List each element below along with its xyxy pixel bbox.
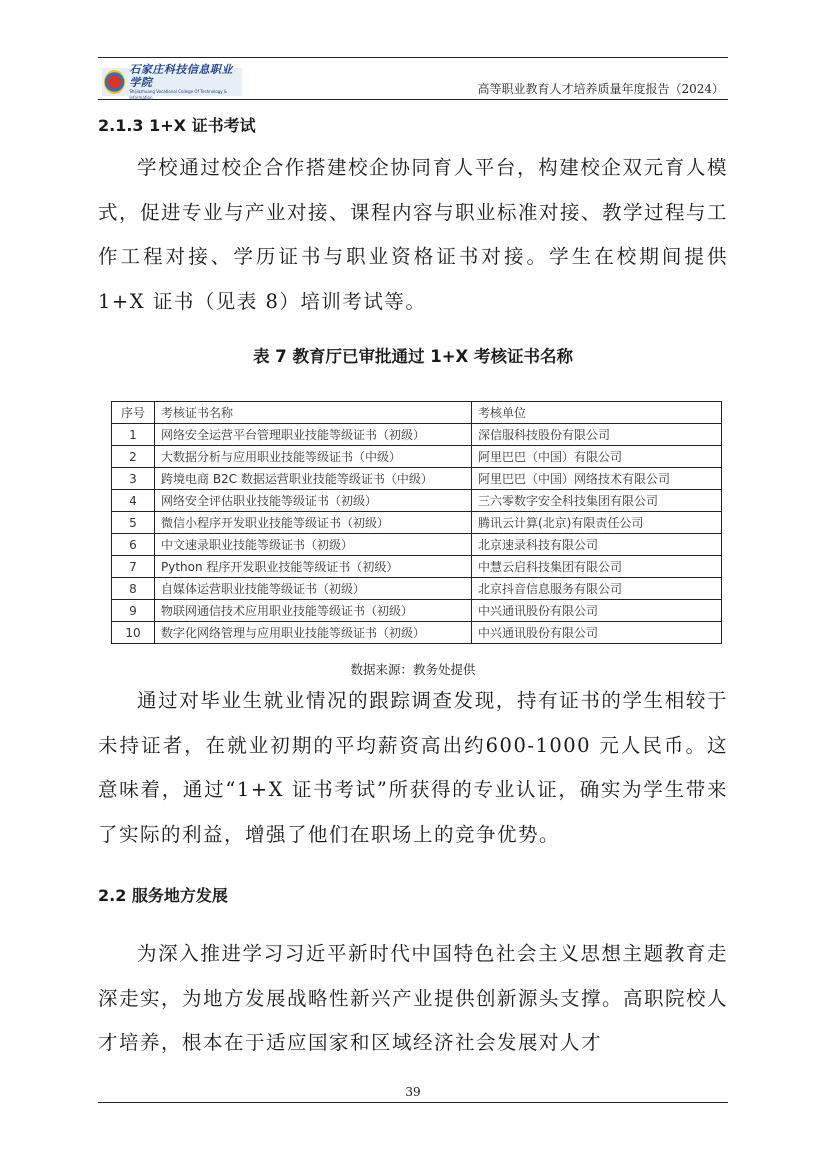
table-row: 10数字化网络管理与应用职业技能等级证书（初级）中兴通讯股份有限公司 — [112, 622, 722, 644]
cell-unit: 中兴通讯股份有限公司 — [472, 600, 722, 622]
cell-unit: 深信服科技股份有限公司 — [472, 424, 722, 446]
table-row: 4网络安全评估职业技能等级证书（初级）三六零数字安全科技集团有限公司 — [112, 490, 722, 512]
table-header-row: 序号 考核证书名称 考核单位 — [112, 402, 722, 424]
section-2-1-3-paragraph: 学校通过校企合作搭建校企协同育人平台，构建校企双元育人模式，促进专业与产业对接、… — [98, 146, 728, 324]
header-assessment-unit: 考核单位 — [472, 402, 722, 424]
cell-certificate: 大数据分析与应用职业技能等级证书（中级） — [155, 446, 472, 468]
table-row: 9物联网通信技术应用职业技能等级证书（初级）中兴通讯股份有限公司 — [112, 600, 722, 622]
cell-index: 3 — [112, 468, 155, 490]
cell-certificate: 微信小程序开发职业技能等级证书（初级） — [155, 512, 472, 534]
cell-index: 7 — [112, 556, 155, 578]
cell-unit: 北京抖音信息服务有限公司 — [472, 578, 722, 600]
cell-certificate: Python 程序开发职业技能等级证书（初级） — [155, 556, 472, 578]
page-number: 39 — [98, 1085, 728, 1099]
table-caption: 表 7 教育厅已审批通过 1+X 考核证书名称 — [98, 343, 728, 367]
report-title: 高等职业教育人才培养质量年度报告（2024） — [477, 80, 724, 97]
cell-unit: 北京速录科技有限公司 — [472, 534, 722, 556]
cell-unit: 中兴通讯股份有限公司 — [472, 622, 722, 644]
cell-index: 8 — [112, 578, 155, 600]
college-emblem-icon — [104, 70, 125, 94]
college-logo: 石家庄科技信息职业学院 Shijiazhuang Vocational Coll… — [102, 68, 242, 96]
cell-certificate: 中文速录职业技能等级证书（初级） — [155, 534, 472, 556]
header-top-rule — [98, 57, 728, 58]
section-heading-2-1-3: 2.1.3 1+X 证书考试 — [98, 113, 256, 136]
cell-index: 2 — [112, 446, 155, 468]
header-index: 序号 — [112, 402, 155, 424]
table-source-note: 数据来源：教务处提供 — [98, 660, 728, 678]
cell-unit: 阿里巴巴（中国）有限公司 — [472, 446, 722, 468]
cell-index: 9 — [112, 600, 155, 622]
cell-unit: 腾讯云计算(北京)有限责任公司 — [472, 512, 722, 534]
cell-index: 4 — [112, 490, 155, 512]
salary-paragraph: 通过对毕业生就业情况的跟踪调查发现，持有证书的学生相较于未持证者，在就业初期的平… — [98, 679, 728, 857]
table-row: 6中文速录职业技能等级证书（初级）北京速录科技有限公司 — [112, 534, 722, 556]
header-bottom-rule — [98, 99, 728, 100]
cell-certificate: 物联网通信技术应用职业技能等级证书（初级） — [155, 600, 472, 622]
cell-certificate: 跨境电商 B2C 数据运营职业技能等级证书（中级） — [155, 468, 472, 490]
table-row: 2大数据分析与应用职业技能等级证书（中级）阿里巴巴（中国）有限公司 — [112, 446, 722, 468]
table-row: 8自媒体运营职业技能等级证书（初级）北京抖音信息服务有限公司 — [112, 578, 722, 600]
footer-rule — [98, 1102, 728, 1103]
table-row: 5微信小程序开发职业技能等级证书（初级）腾讯云计算(北京)有限责任公司 — [112, 512, 722, 534]
section-2-2-paragraph: 为深入推进学习习近平新时代中国特色社会主义思想主题教育走深走实，为地方发展战略性… — [98, 932, 728, 1066]
table-row: 7Python 程序开发职业技能等级证书（初级）中慧云启科技集团有限公司 — [112, 556, 722, 578]
cell-index: 10 — [112, 622, 155, 644]
cell-certificate: 数字化网络管理与应用职业技能等级证书（初级） — [155, 622, 472, 644]
cell-unit: 中慧云启科技集团有限公司 — [472, 556, 722, 578]
logo-chinese-name: 石家庄科技信息职业学院 — [129, 63, 242, 89]
cell-unit: 阿里巴巴（中国）网络技术有限公司 — [472, 468, 722, 490]
cell-index: 6 — [112, 534, 155, 556]
page-header: 石家庄科技信息职业学院 Shijiazhuang Vocational Coll… — [98, 66, 728, 98]
header-certificate-name: 考核证书名称 — [155, 402, 472, 424]
cell-unit: 三六零数字安全科技集团有限公司 — [472, 490, 722, 512]
cell-certificate: 网络安全运营平台管理职业技能等级证书（初级） — [155, 424, 472, 446]
cell-certificate: 自媒体运营职业技能等级证书（初级） — [155, 578, 472, 600]
cell-index: 1 — [112, 424, 155, 446]
table-row: 1网络安全运营平台管理职业技能等级证书（初级）深信服科技股份有限公司 — [112, 424, 722, 446]
certificate-table: 序号 考核证书名称 考核单位 1网络安全运营平台管理职业技能等级证书（初级）深信… — [111, 401, 722, 644]
section-heading-2-2: 2.2 服务地方发展 — [98, 883, 228, 906]
cell-index: 5 — [112, 512, 155, 534]
table-row: 3跨境电商 B2C 数据运营职业技能等级证书（中级）阿里巴巴（中国）网络技术有限… — [112, 468, 722, 490]
cell-certificate: 网络安全评估职业技能等级证书（初级） — [155, 490, 472, 512]
